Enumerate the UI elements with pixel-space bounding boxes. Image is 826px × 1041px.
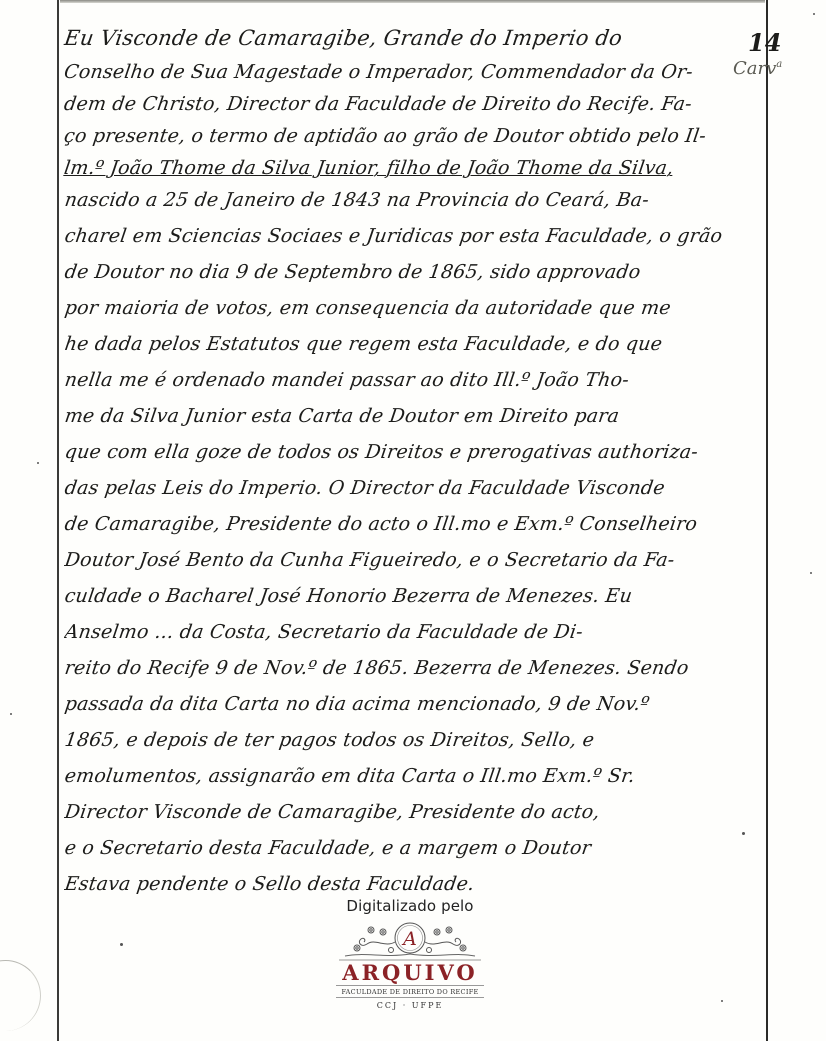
scan-speck [37,462,39,464]
right-margin-rule [766,0,768,1041]
stamp-subtitle-2: CCJ · UFPE [330,1001,490,1010]
text-line-19: reito do Recife 9 de Nov.º de 1865. Beze… [62,652,767,688]
page-fold-arc [0,960,41,1031]
left-margin-rule [57,0,59,1041]
scan-speck [80,414,82,416]
text-line-16: Doutor José Bento da Cunha Figueiredo, e… [62,544,767,580]
scan-speck [810,572,812,574]
emblem-letter: A [401,928,417,950]
text-line-9: por maioria de votos, em consequencia da… [62,292,767,328]
scan-speck [742,832,745,835]
text-line-6: nascido a 25 de Janeiro de 1843 na Provi… [62,184,767,220]
text-line-2: Conselho de Sua Magestade o Imperador, C… [62,56,766,88]
page-top-edge [60,0,765,3]
scan-speck [10,713,12,715]
scanned-document-page: 14 Carva Eu Visconde de Camaragibe, Gran… [0,0,826,1041]
scan-speck [813,13,815,15]
text-line-8: de Doutor no dia 9 de Septembro de 1865,… [62,256,767,292]
margin-note-superscript: a [776,59,782,70]
stamp-title: ARQUIVO [330,962,490,984]
text-line-13: que com ella goze de todos os Direitos e… [62,436,767,472]
text-line-18: Anselmo ... da Costa, Secretario da Facu… [62,616,767,652]
text-line-12: me da Silva Junior esta Carta de Doutor … [62,400,767,436]
text-line-22: emolumentos, assignarão em dita Carta o … [62,760,767,796]
stamp-subtitle: FACULDADE DE DIREITO DO RECIFE [336,985,484,998]
text-line-23: Director Visconde de Camaragibe, Preside… [62,796,767,832]
text-line-24: e o Secretario desta Faculdade, e a marg… [62,832,767,868]
text-line-14: das pelas Leis do Imperio. O Director da… [62,472,767,508]
text-line-5-student-name: lm.º João Thome da Silva Junior, filho d… [62,152,766,184]
digitization-stamp: Digitalizado pelo A ARQUIVO FACULDADE DE… [330,897,490,1010]
text-line-15: de Camaragibe, Presidente do acto o Ill.… [62,508,767,544]
scan-speck [721,1000,723,1002]
text-line-4: ço presente, o termo de aptidão ao grão … [62,120,766,152]
text-line-10: he dada pelos Estatutos que regem esta F… [62,328,767,364]
handwritten-text-block: Eu Visconde de Camaragibe, Grande do Imp… [62,14,762,904]
text-line-7: charel em Sciencias Sociaes e Juridicas … [62,220,767,256]
scan-speck [120,943,123,946]
text-line-3: dem de Christo, Director da Faculdade de… [62,88,766,120]
text-line-20: passada da dita Carta no dia acima menci… [62,688,767,724]
text-line-11: nella me é ordenado mandei passar ao dit… [62,364,767,400]
text-line-1: Eu Visconde de Camaragibe, Grande do Imp… [62,14,768,56]
arquivo-emblem-icon: A [335,918,485,962]
text-line-17: culdade o Bacharel José Honorio Bezerra … [62,580,767,616]
text-line-21: 1865, e depois de ter pagos todos os Dir… [62,724,767,760]
stamp-caption: Digitalizado pelo [330,897,490,915]
